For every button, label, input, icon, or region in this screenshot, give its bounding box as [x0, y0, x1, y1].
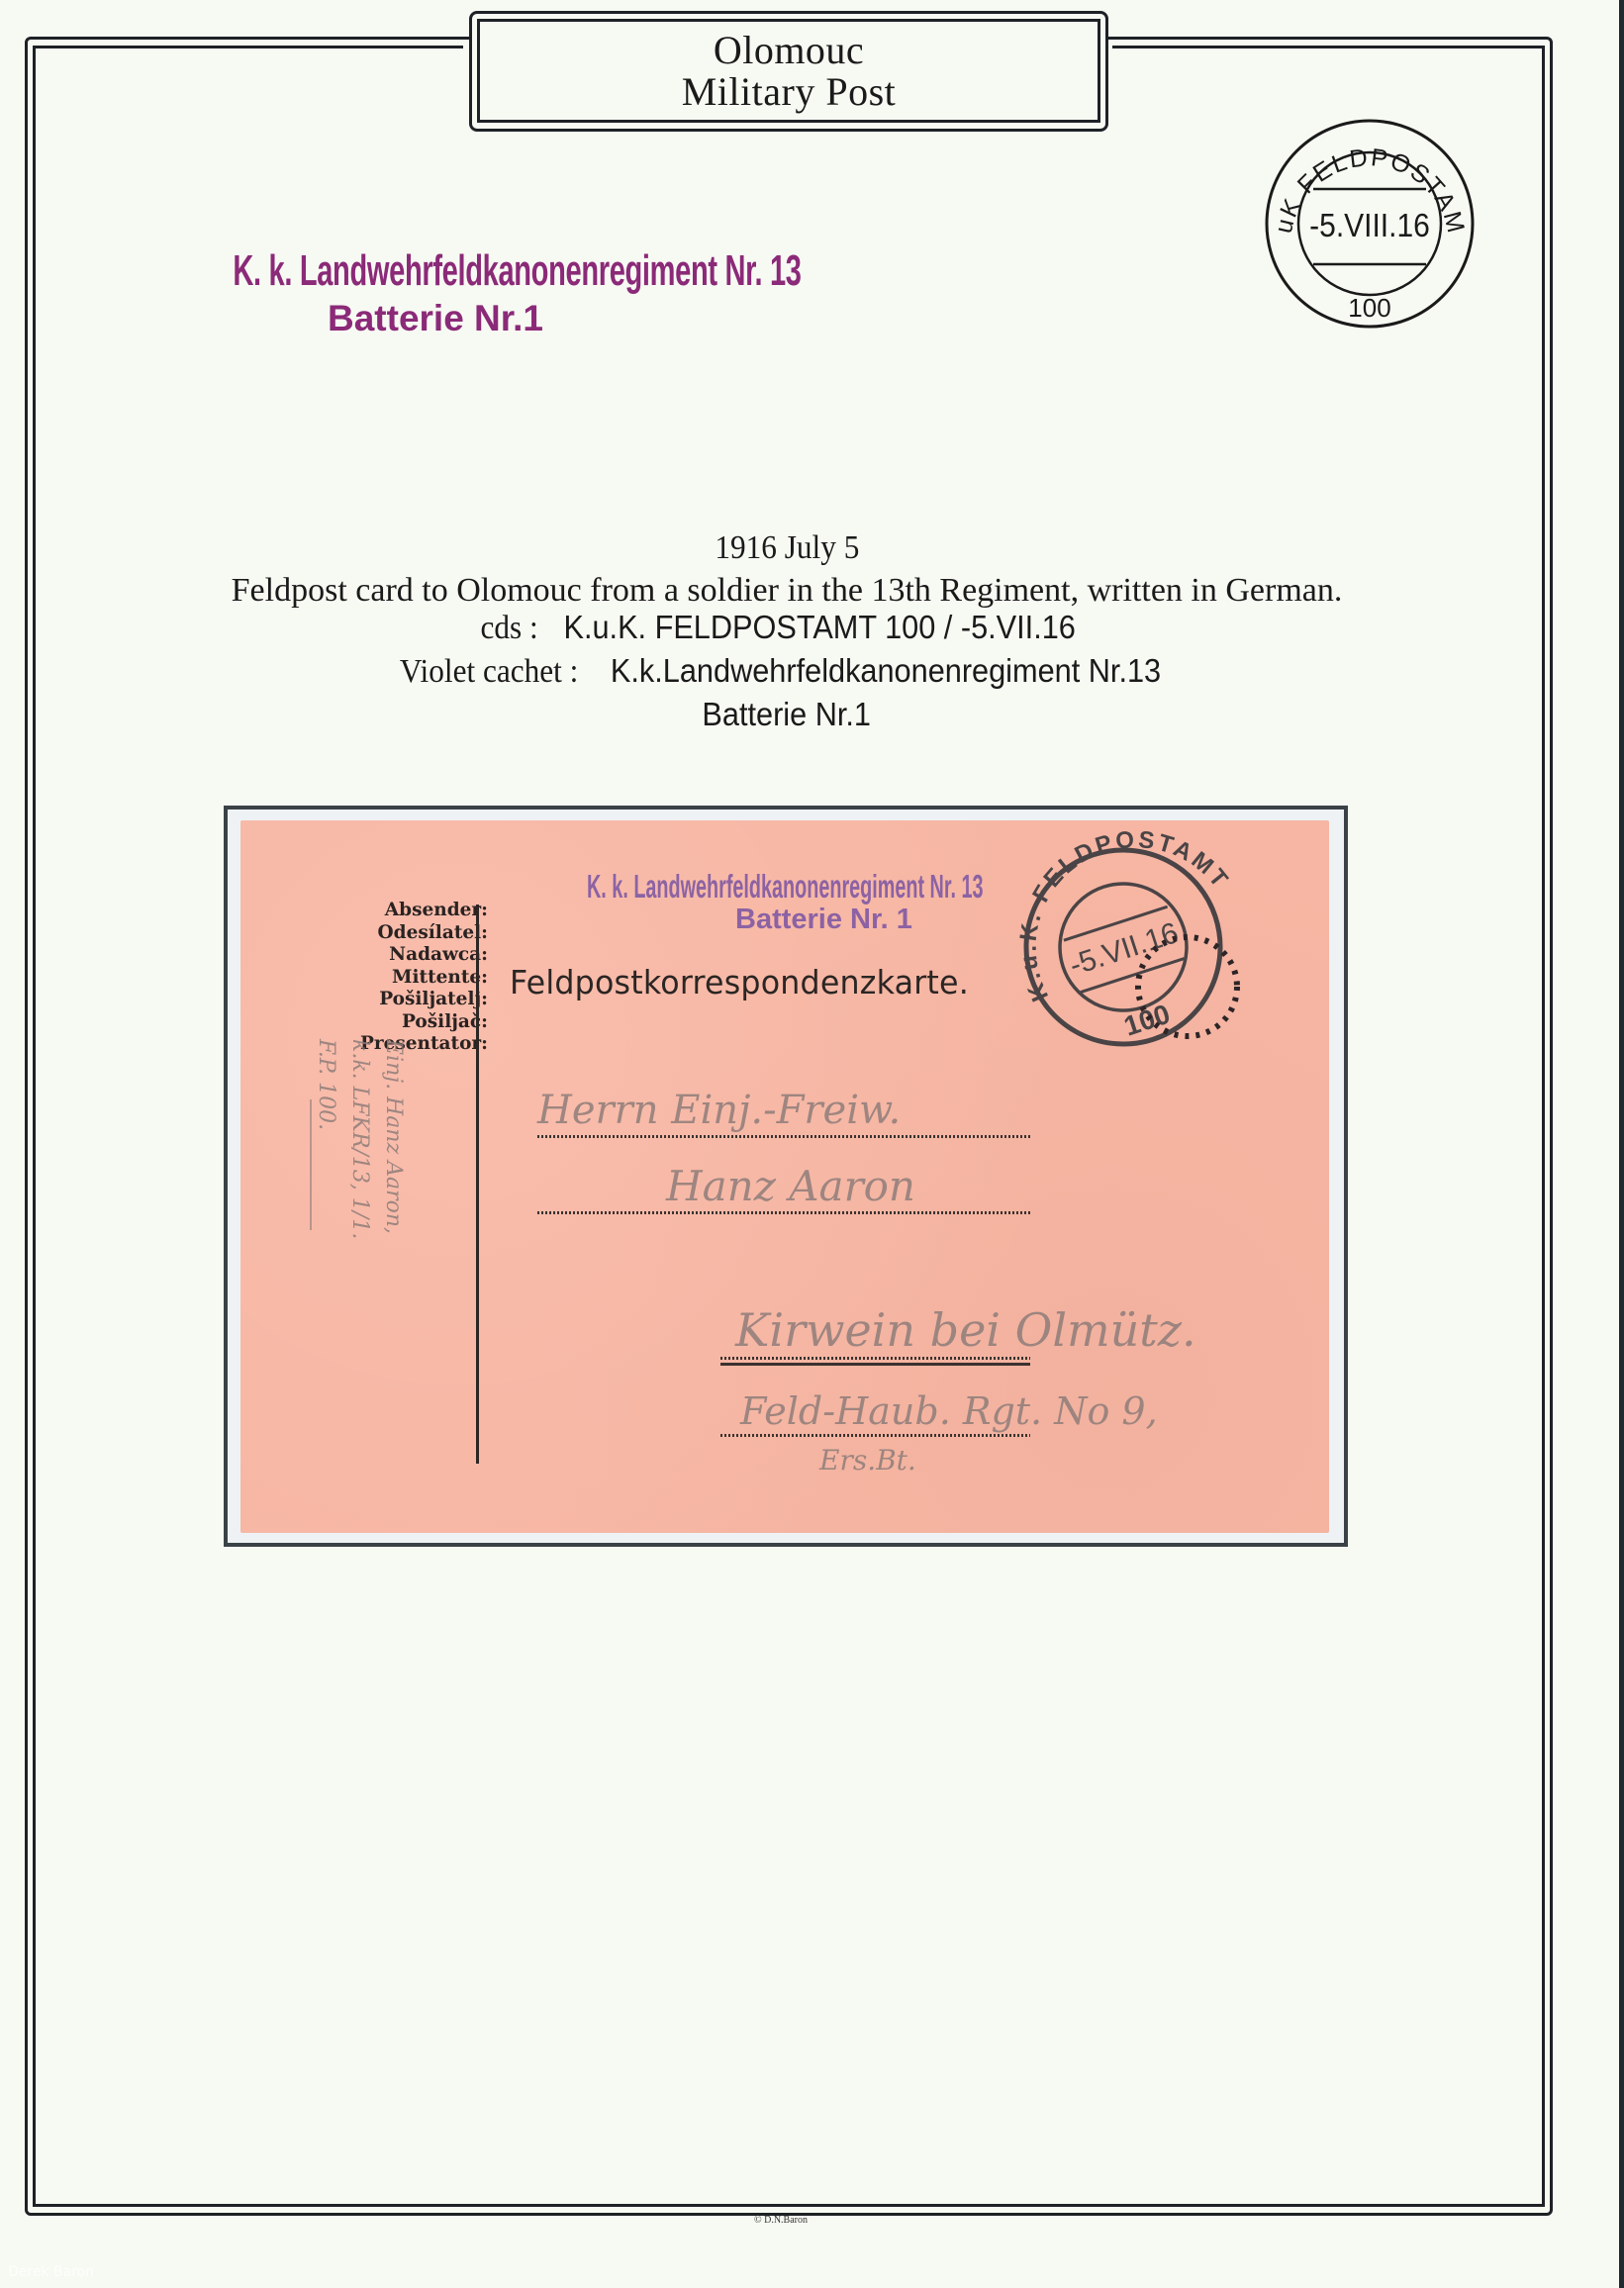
address-line: [537, 1135, 1030, 1138]
sender-label: Pošiljatelj:: [300, 989, 488, 1011]
address-line: [720, 1363, 1030, 1366]
sender-label: Nadawca:: [300, 944, 488, 967]
postmark-replica-number: 100: [1348, 293, 1390, 323]
cds-label: cds :: [481, 610, 538, 646]
description: 1916 July 5 Feldpost card to Olomouc fro…: [198, 529, 1376, 739]
address-line-5: Ers.Bt.: [819, 1444, 916, 1477]
cachet-replica-regiment: K. k. Landwehrfeldkanonenregiment Nr. 13: [233, 245, 637, 297]
description-date: 1916 July 5: [715, 529, 859, 566]
sender-label: Pošiljač:: [300, 1011, 488, 1034]
address-line: [720, 1434, 1030, 1437]
cachet-label: Violet cachet :: [400, 653, 579, 690]
card-cachet-regiment: K. k. Landwehrfeldkanonenregiment Nr. 13: [587, 868, 984, 906]
address-line-4: Feld-Haub. Rgt. No 9,: [740, 1389, 1158, 1433]
address-line-1: Herrn Einj.-Freiw.: [537, 1088, 901, 1133]
cachet-replica: K. k. Landwehrfeldkanonenregiment Nr. 13…: [129, 245, 742, 340]
scan-edge: [1619, 0, 1624, 2288]
copyright: © D.N.Baron: [754, 2215, 808, 2226]
sender-labels: Absender: Odesílatel: Nadawca: Mittente:…: [300, 900, 488, 1056]
address-line: [537, 1211, 1030, 1214]
cds-value: K.u.K. FELDPOSTAMT 100 / -5.VII.16: [564, 609, 1076, 645]
feldpost-card: Absender: Odesílatel: Nadawca: Mittente:…: [240, 820, 1329, 1533]
title-city: Olomouc: [714, 30, 864, 71]
description-summary: Feldpost card to Olomouc from a soldier …: [218, 572, 1356, 609]
card-postmark-date: -5.VII.16: [1066, 916, 1183, 982]
postmark-replica-date: -5.VIII.16: [1309, 207, 1430, 244]
cachet-replica-battery: Batterie Nr.1: [129, 297, 742, 340]
card-postmark: -5.VII.16 100 K.u.K. FELDPOSTAMT: [1009, 828, 1287, 1066]
page-title: Olomouc Military Post: [477, 19, 1100, 123]
card-heading: Feldpostkorrespondenzkarte.: [510, 963, 969, 1001]
cachet-value: K.k.Landwehrfeldkanonenregiment Nr.13: [611, 652, 1161, 689]
handwriting-line: F.P. 100.: [309, 1039, 342, 1356]
handwriting-line: k.k. LFKR/13, 1/1.: [342, 1039, 376, 1356]
address-line-2: Hanz Aaron: [666, 1162, 915, 1210]
postmark-replica: KuK FELDPOSTAMT -5.VIII.16 100: [1262, 116, 1478, 332]
card-divider: [476, 905, 479, 1464]
handwriting-line: Einj. Hanz Aaron,: [376, 1039, 410, 1356]
address-line: [720, 1357, 1030, 1360]
handwritten-sender: Einj. Hanz Aaron, k.k. LFKR/13, 1/1. F.P…: [309, 1039, 410, 1356]
cachet-value-2: Batterie Nr.1: [703, 696, 872, 732]
sender-label: Odesílatel:: [300, 922, 488, 945]
watermark: Derek Baron: [8, 2264, 94, 2280]
sender-label: Absender:: [300, 900, 488, 922]
title-subject: Military Post: [682, 71, 897, 113]
sender-label: Mittente:: [300, 967, 488, 990]
address-line-3: Kirwein bei Olmütz.: [735, 1303, 1196, 1357]
handwritten-underline: [310, 1099, 312, 1230]
